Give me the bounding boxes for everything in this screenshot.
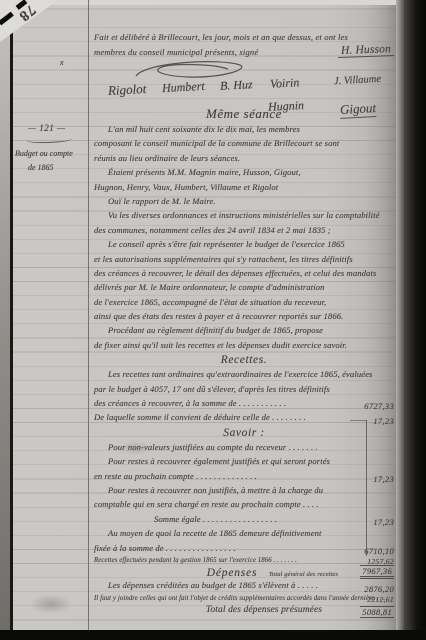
manuscript-line: délivrés par M. le Maire ordonnateur, le… [94,282,394,296]
line-text: réunis au lieu ordinaire de leurs séance… [94,153,240,163]
line-text: Les dépenses créditées au budget de 1865… [108,580,318,590]
book-gutter-shadow [404,0,426,640]
manuscript-line: ainsi que des états des restes à payer e… [94,311,394,325]
line-text: Total des dépenses présumées [134,605,394,615]
manuscript-line: Procédant au règlement définitif du budg… [94,325,394,339]
page-left-border [10,0,13,640]
line-text: Étaient présents M.M. Magnin maire, Huss… [108,167,301,177]
manuscript-line: Recettes effectuées pendant la gestion 1… [94,557,394,568]
line-text: de fixer ainsi qu'il suit les recettes e… [94,340,347,350]
scan-bottom-edge [0,630,426,640]
line-amount: 17,23 [373,517,394,527]
line-text: Savoir : [223,427,265,439]
manuscript-line: des créances à recouvrer, à la somme de … [94,398,394,412]
line-text: et les autorisations supplémentaires qui… [94,254,353,264]
signature: Voirin [270,75,300,92]
manuscript-line: Somme égale . . . . . . . . . . . . . . … [94,514,394,528]
paper-smudge [120,440,150,456]
signature-husson: H. Husson [338,43,394,58]
line-amount: 17,23 [373,474,394,484]
line-text: fixée à la somme de . . . . . . . . . . … [94,543,236,553]
line-text: de l'exercice 1865, accompagné de l'état… [94,297,326,307]
manuscript-line: De laquelle somme il convient de déduire… [94,412,394,426]
line-text: Hugnon, Henry, Vaux, Humbert, Villaume e… [94,182,278,192]
amount-bracket-line [366,420,367,556]
signature: B. Huz [220,77,253,94]
manuscript-line: par le budget à 4057, 17 ont dû s'élever… [94,384,394,398]
signature: Humbert [162,79,205,96]
line-amount: 17,23 [373,416,394,426]
manuscript-line: des communes, notamment celles des 24 av… [94,225,394,239]
line-text: Recettes effectuées pendant la gestion 1… [94,557,297,564]
signature: J. Villaume [334,74,382,87]
paper-smudge [30,594,72,614]
line-text: L'an mil huit cent soixante dix le dix m… [108,124,300,134]
entry-number: — 121 — [28,123,66,133]
line-text: De laquelle somme il convient de déduire… [94,412,306,422]
line-text: des créances à recouvrer, à la somme de … [94,398,286,408]
manuscript-line: Recettes. [94,354,394,369]
line-text: Pour restes à recouvrer également justif… [108,456,330,466]
manuscript-line: réunis au lieu ordinaire de leurs séance… [94,153,394,167]
manuscript-line: DépensesTotal général des recettes7967,3… [94,567,394,580]
margin-note-year: de 1865 [28,163,54,172]
line-text: Recettes. [221,354,268,366]
margin-rule-line [88,0,89,630]
line-text: Au moyen de quoi la recette de 1865 deme… [108,528,322,538]
line-note: Total général des recettes [269,571,338,578]
scanned-register-page: 78 Fait et délibéré à Brillecourt, les j… [0,0,426,640]
line-amount: 6710,10 [364,546,394,556]
manuscript-line: Il faut y joindre celles qui ont fait l'… [94,595,394,606]
line-text: en reste au prochain compte . . . . . . … [94,471,257,481]
line-text: des communes, notamment celles des 24 av… [94,225,331,235]
line-text: Somme égale . . . . . . . . . . . . . . … [154,514,277,524]
line-amount: 2212,61 [367,595,394,604]
amount-bracket-top [350,420,367,421]
manuscript-line: Ouï le rapport de M. le Maire. [94,196,394,210]
line-text: par le budget à 4057, 17 ont dû s'élever… [94,384,330,394]
margin-note-budget: Budget ou compte [15,149,73,158]
line-amount: 5088,81 [360,606,394,618]
line-text: composant le conseil municipal de la com… [94,138,339,148]
line-text: Vu les diverses ordonnances et instructi… [108,210,380,220]
line-text: ainsi que des états des restes à payer e… [94,311,343,321]
line-text: Les recettes tant ordinaires qu'extraord… [108,369,372,379]
manuscript-line: de fixer ainsi qu'il suit les recettes e… [94,340,394,354]
line-text: des créances à recouvrer, le détail des … [94,268,376,278]
manuscript-line: Total des dépenses présumées5088,81 [94,605,394,619]
manuscript-line: composant le conseil municipal de la com… [94,138,394,152]
manuscript-body: L'an mil huit cent soixante dix le dix m… [94,124,394,619]
manuscript-line: Pour restes à recouvrer également justif… [94,456,394,470]
manuscript-line: de l'exercice 1865, accompagné de l'état… [94,297,394,311]
manuscript-line: Le conseil après s'être fait représenter… [94,239,394,253]
line-text: Il faut y joindre celles qui ont fait l'… [94,595,385,602]
manuscript-line: Au moyen de quoi la recette de 1865 deme… [94,528,394,542]
manuscript-line: Hugnon, Henry, Vaux, Humbert, Villaume e… [94,182,394,196]
manuscript-line: Les dépenses créditées au budget de 1865… [94,580,394,594]
manuscript-line: en reste au prochain compte . . . . . . … [94,471,394,485]
manuscript-line: des créances à recouvrer, le détail des … [94,268,394,282]
manuscript-line: comptable qui en sera chargé en reste au… [94,499,394,513]
line-text: comptable qui en sera chargé en reste au… [94,499,319,509]
line-text: Procédant au règlement définitif du budg… [108,325,323,335]
line-amount: 7967,36 [360,565,394,579]
manuscript-line: Étaient présents M.M. Magnin maire, Huss… [94,167,394,181]
manuscript-line: et les autorisations supplémentaires qui… [94,254,394,268]
manuscript-line: fixée à la somme de . . . . . . . . . . … [94,543,394,557]
session-heading: Même séance [94,106,394,122]
line-text: Pour restes à recouvrer non justifiés, à… [108,485,323,495]
line-text: Le conseil après s'être fait représenter… [108,239,345,249]
line-text: délivrés par M. le Maire ordonnateur, le… [94,282,325,292]
line-amount: 6727,33 [364,401,394,411]
manuscript-line: L'an mil huit cent soixante dix le dix m… [94,124,394,138]
line-text: Ouï le rapport de M. le Maire. [108,196,216,206]
manuscript-line: Pour restes à recouvrer non justifiés, à… [94,485,394,499]
margin-x-mark: x [60,58,64,67]
manuscript-line: Vu les diverses ordonnances et instructi… [94,210,394,224]
signature: Rigolot [108,81,147,99]
manuscript-line: Les recettes tant ordinaires qu'extraord… [94,369,394,383]
line-text: Dépenses [70,567,394,579]
line-amount: 2876,20 [364,584,394,594]
